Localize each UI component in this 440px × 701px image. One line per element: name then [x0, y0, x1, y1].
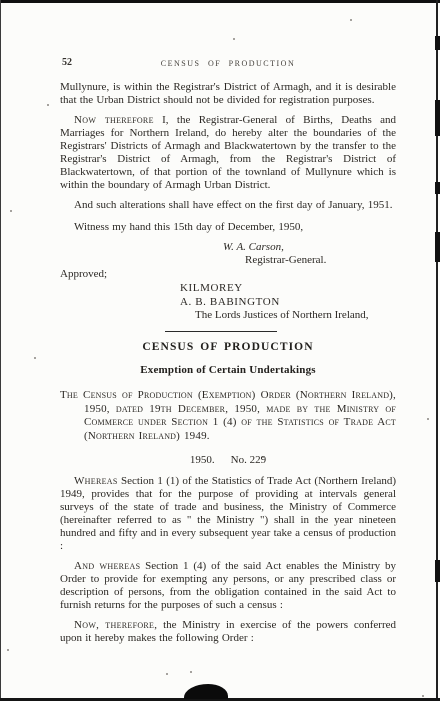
- paragraph-witness: Witness my hand this 15th day of Decembe…: [60, 221, 396, 234]
- page-number: 52: [62, 57, 72, 68]
- scan-speck: [233, 38, 235, 40]
- order-subheading: Exemption of Certain Undertakings: [60, 364, 396, 376]
- scan-edge-blemish: [435, 36, 440, 50]
- recital-whereas: Whereas Section 1 (1) of the Statistics …: [60, 475, 396, 553]
- lead-and-whereas: And whereas: [74, 560, 140, 572]
- recital-and-whereas: And whereas Section 1 (4) of the said Ac…: [60, 560, 396, 612]
- scan-speck: [34, 357, 36, 359]
- scan-edge-left: [0, 0, 1, 701]
- signature-lords-justices-role: The Lords Justices of Northern Ireland,: [195, 309, 396, 322]
- section-divider-rule: [165, 331, 277, 332]
- signature-registrar-role: Registrar-General.: [245, 254, 396, 267]
- scan-edge-blemish: [435, 232, 440, 262]
- order-number-line: 1950.No. 229: [60, 454, 396, 466]
- order-main-heading: CENSUS OF PRODUCTION: [60, 341, 396, 353]
- document-page: 52 CENSUS OF PRODUCTION Mullynure, is wi…: [0, 0, 440, 701]
- order-number: No. 229: [231, 454, 266, 466]
- lead-whereas: Whereas: [74, 475, 118, 487]
- scan-edge-blemish: [435, 560, 440, 582]
- scan-speck: [7, 649, 9, 651]
- lead-now-therefore: Now therefore: [74, 114, 154, 126]
- scan-speck: [166, 673, 168, 675]
- scan-speck: [427, 418, 429, 420]
- signature-babington: A. B. BABINGTON: [180, 295, 396, 309]
- scan-ink-blob: [184, 684, 228, 699]
- scan-speck: [422, 695, 424, 697]
- scan-edge-blemish: [435, 182, 440, 194]
- scan-speck: [350, 19, 352, 21]
- running-head: 52 CENSUS OF PRODUCTION: [60, 57, 396, 68]
- scan-edge-blemish: [435, 100, 440, 136]
- paragraph-alterations: And such alterations shall have effect o…: [60, 199, 396, 212]
- paragraph-now-therefore: Now therefore I, the Registrar-General o…: [60, 114, 396, 192]
- scan-speck: [47, 104, 49, 106]
- scan-speck: [190, 671, 192, 673]
- paragraph-mullynure: Mullynure, is within the Registrar's Dis…: [60, 81, 396, 107]
- lead-now-therefore-order: Now, therefore,: [74, 619, 157, 631]
- order-year: 1950.: [190, 454, 215, 466]
- scan-edge-top: [0, 0, 440, 3]
- enacting-clause: Now, therefore, the Ministry in exercise…: [60, 619, 396, 645]
- page-content: 52 CENSUS OF PRODUCTION Mullynure, is wi…: [60, 57, 396, 652]
- scan-speck: [10, 210, 12, 212]
- order-title: The Census of Production (Exemption) Ord…: [60, 389, 396, 443]
- signature-registrar-name: W. A. Carson,: [223, 241, 396, 254]
- approved-label: Approved;: [60, 268, 396, 281]
- signature-kilmorey: KILMOREY: [180, 281, 396, 295]
- running-title: CENSUS OF PRODUCTION: [60, 57, 396, 68]
